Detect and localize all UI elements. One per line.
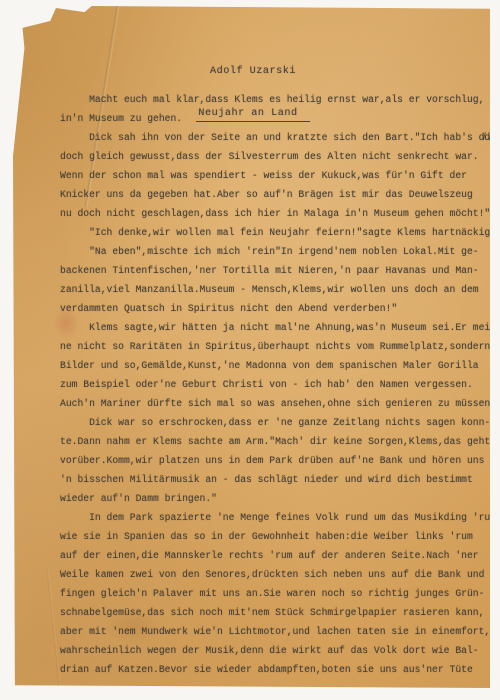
text-line: Auch'n Mariner dürfte sich mal so was an… (60, 394, 490, 413)
text-line: auf der einen,die Mannskerle rechts 'rum… (60, 546, 490, 565)
text-line: Weile kamen zwei von den Senores,drückte… (60, 565, 490, 584)
text-line: Knicker uns da gegeben hat.Aber so auf'n… (60, 185, 490, 204)
typewritten-text: Macht euch mal klar,dass Klems es heilig… (60, 90, 490, 679)
text-line: zanilla,viel Manzanilla.Museum - Mensch,… (60, 280, 490, 299)
text-line: aber mit 'nem Mundwerk wie'n Lichtmotor,… (60, 622, 490, 641)
text-line: ne nicht so Raritäten in Spiritus,überha… (60, 337, 490, 356)
text-line: te.Dann nahm er Klems sachte am Arm."Mac… (60, 432, 490, 451)
text-line: drian auf Katzen.Bevor sie wieder abdamp… (60, 660, 490, 679)
text-line: In dem Park spazierte 'ne Menge feines V… (60, 508, 490, 527)
text-line: wie sie in Spanien das so in der Gewohnh… (60, 527, 490, 546)
text-line: verdammten Quatsch in Spiritus nicht den… (60, 299, 490, 318)
text-line: "Ich denke,wir wollen mal fein Neujahr f… (60, 223, 490, 242)
text-line: nu doch nicht geschlagen,dass ich hier i… (60, 204, 490, 223)
text-line: wahrscheinlich wegen der Musik,denn die … (60, 641, 490, 660)
text-line: zum Beispiel oder'ne Geburt Christi von … (60, 375, 490, 394)
text-line: Bilder und so,Gemälde,Kunst,'ne Madonna … (60, 356, 490, 375)
text-line: "Na eben",mischte ich mich 'rein"In irge… (60, 242, 490, 261)
text-line: 'n bisschen Militärmusik an - das schläg… (60, 470, 490, 489)
text-line: Klems sagte,wir hätten ja nicht mal'ne A… (60, 318, 490, 337)
text-line: Dick war so erschrocken,dass er 'ne ganz… (60, 413, 490, 432)
paper-sheet: Adolf Uzarski Neujahr an Land Macht euch… (13, 6, 490, 688)
text-line: Dick sah ihn von der Seite an und kratzt… (60, 128, 490, 147)
text-line: vorüber.Komm,wir platzen uns in dem Park… (60, 451, 490, 470)
text-line: fingen gleich'n Palaver mit uns an.Sie w… (60, 584, 490, 603)
text-line: Wenn der schon mal was spendiert - weiss… (60, 166, 490, 185)
text-line: backenen Tintenfischen,'ner Tortilla mit… (60, 261, 490, 280)
text-line: wieder auf'n Damm bringen." (60, 489, 490, 508)
text-line: Macht euch mal klar,dass Klems es heilig… (60, 90, 490, 109)
text-line: schnabelgemüse,das sich noch mit'nem Stü… (60, 603, 490, 622)
text-line: in'n Museum zu gehen. (60, 109, 490, 128)
text-line: doch gleich gewusst,dass der Silvesterru… (60, 147, 490, 166)
author-line: Adolf Uzarski (43, 65, 463, 79)
